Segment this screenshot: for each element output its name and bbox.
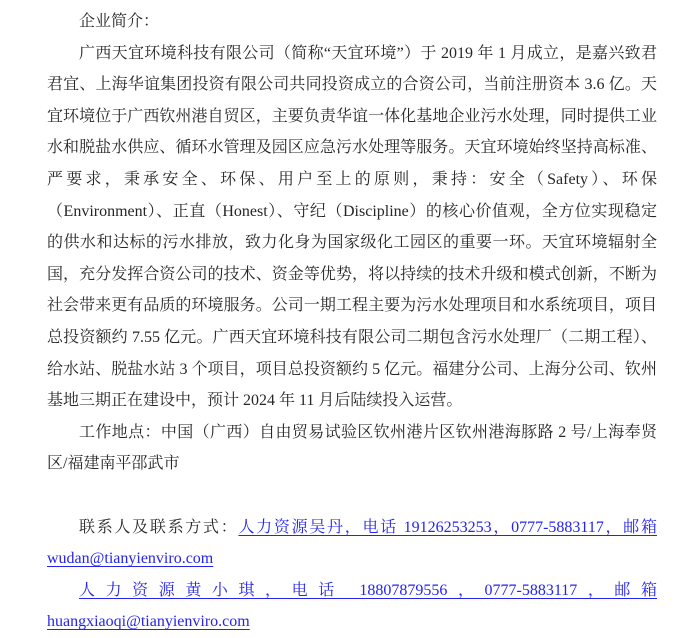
work-location-paragraph: 工作地点：中国（广西）自由贸易试验区钦州港片区钦州港海豚路 2 号/上海奉贤区/… xyxy=(47,417,657,480)
contact-paragraph-2: 人力资源黄小琪，电话 18807879556，0777-5883117，邮箱 h… xyxy=(47,575,657,638)
company-intro-paragraph: 广西天宜环境科技有限公司（简称“天宜环境”）于 2019 年 1 月成立，是嘉兴… xyxy=(47,38,657,417)
document-page: 企业简介： 广西天宜环境科技有限公司（简称“天宜环境”）于 2019 年 1 月… xyxy=(0,0,697,638)
contact-link-huangxiaoqi[interactable]: 人力资源黄小琪，电话 18807879556，0777-5883117，邮箱 h… xyxy=(47,582,657,631)
contact-paragraph-1: 联系人及联系方式：人力资源吴丹，电话 19126253253，0777-5883… xyxy=(47,512,657,575)
contact-label: 联系人及联系方式： xyxy=(79,519,238,536)
section-heading: 企业简介： xyxy=(47,6,657,38)
